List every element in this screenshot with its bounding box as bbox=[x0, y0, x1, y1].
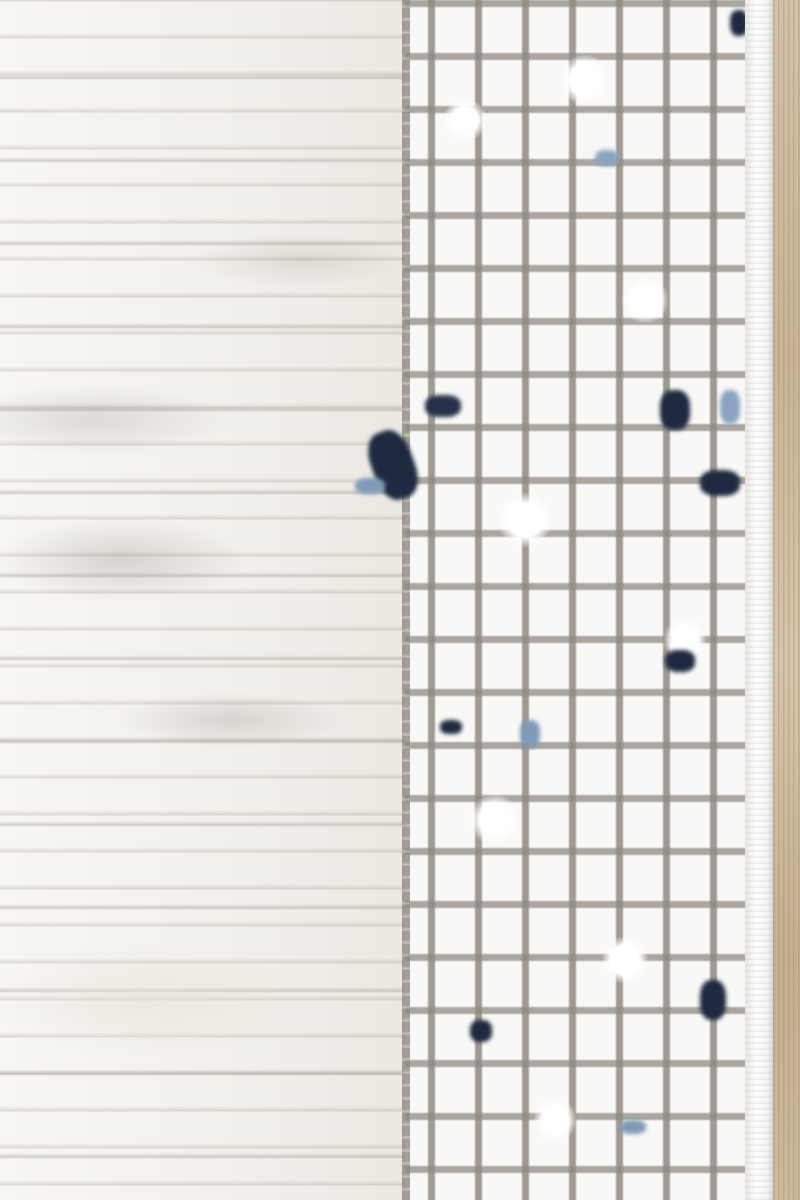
blue-accent-mark bbox=[355, 478, 385, 494]
navy-accent-mark bbox=[440, 720, 462, 734]
rug-photo bbox=[0, 0, 800, 1200]
navy-accent-mark bbox=[425, 395, 461, 417]
navy-accent-mark bbox=[700, 980, 726, 1020]
blue-accent-mark bbox=[520, 720, 540, 748]
navy-accent-mark bbox=[660, 390, 690, 430]
navy-accent-mark bbox=[700, 470, 740, 496]
blue-accent-mark bbox=[595, 150, 619, 166]
wood-floor bbox=[773, 0, 800, 1200]
rug-border-highlights bbox=[405, 0, 745, 1200]
rug-border-line bbox=[402, 0, 410, 1200]
blue-accent-mark bbox=[620, 1120, 646, 1134]
navy-accent-mark bbox=[470, 1020, 492, 1042]
rug-field-shading bbox=[0, 0, 405, 1200]
rug-bound-edge bbox=[745, 0, 773, 1200]
blue-accent-mark bbox=[720, 390, 740, 424]
navy-accent-mark bbox=[665, 650, 695, 672]
